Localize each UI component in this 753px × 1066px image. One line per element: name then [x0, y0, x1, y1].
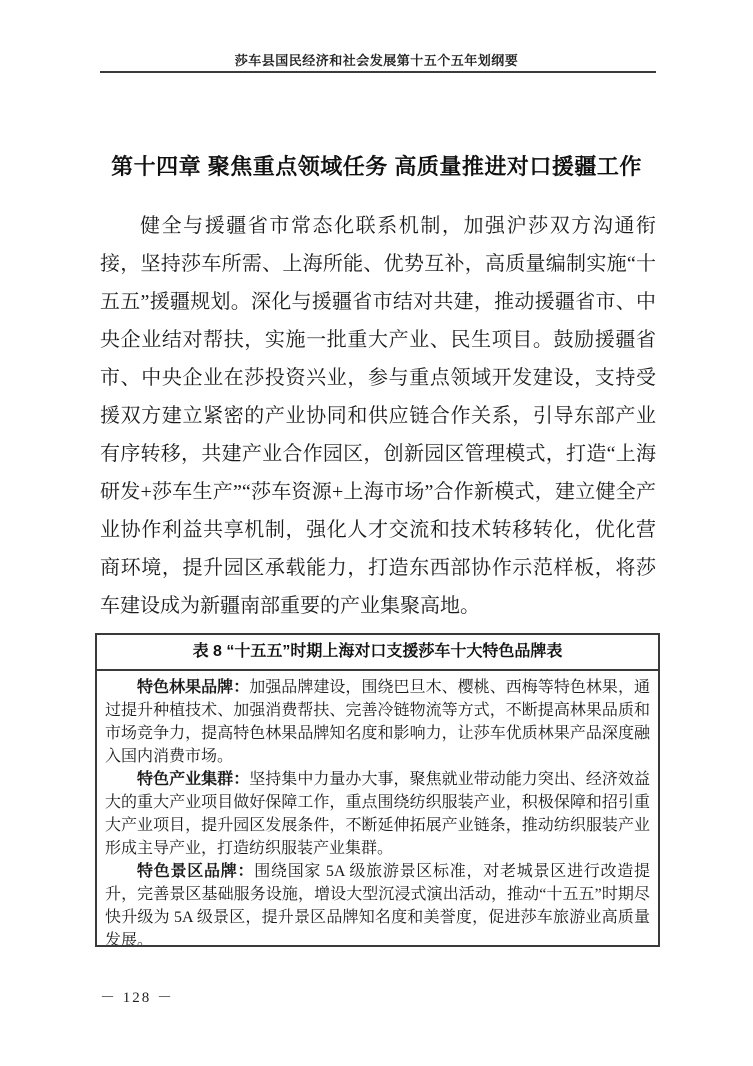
- table-row: 特色林果品牌：加强品牌建设，围绕巴旦木、樱桃、西梅等特色林果，通过提升种植技术、…: [105, 676, 650, 768]
- table-row: 特色景区品牌：围绕国家 5A 级旅游景区标准，对老城景区进行改造提升，完善景区基…: [105, 860, 650, 945]
- brand-table: 表 8 “十五五”时期上海对口支援莎车十大特色品牌表 特色林果品牌：加强品牌建设…: [95, 633, 660, 947]
- table-row-label: 特色景区品牌：: [137, 863, 254, 880]
- document-page: 莎车县国民经济和社会发展第十五个五年划纲要 第十四章 聚焦重点领域任务 高质量推…: [0, 0, 753, 1066]
- running-header: 莎车县国民经济和社会发展第十五个五年划纲要: [0, 50, 753, 69]
- table-row-label: 特色产业集群：: [137, 771, 249, 788]
- header-rule-divider: [100, 71, 656, 73]
- table-body: 特色林果品牌：加强品牌建设，围绕巴旦木、樱桃、西梅等特色林果，通过提升种植技术、…: [97, 671, 658, 945]
- table-row-label: 特色林果品牌：: [137, 679, 249, 696]
- body-paragraph: 健全与援疆省市常态化联系机制，加强沪莎双方沟通衔接，坚持莎车所需、上海所能、优势…: [100, 207, 656, 625]
- page-number: － 128 －: [100, 986, 174, 1007]
- table-title: 表 8 “十五五”时期上海对口支援莎车十大特色品牌表: [97, 635, 658, 671]
- chapter-title: 第十四章 聚焦重点领域任务 高质量推进对口援疆工作: [0, 150, 753, 181]
- table-row: 特色产业集群：坚持集中力量办大事，聚焦就业带动能力突出、经济效益大的重大产业项目…: [105, 768, 650, 860]
